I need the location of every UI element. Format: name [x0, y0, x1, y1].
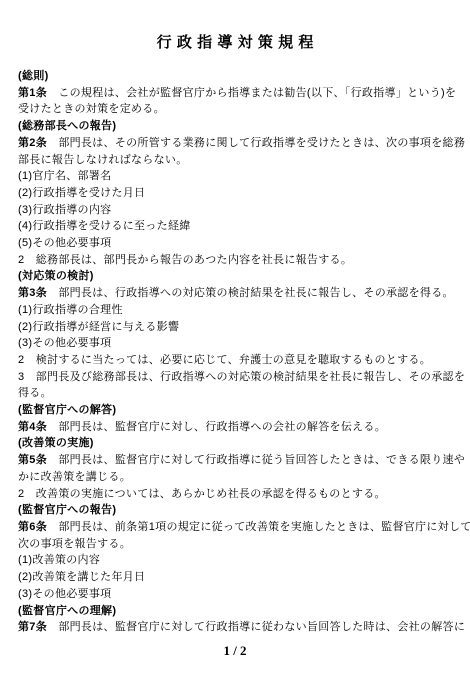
section-heading: (総則)	[18, 68, 452, 85]
article-line: 第4条 部門長は、監督官庁に対し、行政指導への会社の解答を伝える。	[18, 419, 452, 436]
text-line: 次の事項を報告する。	[18, 536, 452, 553]
list-item: (1)行政指導の合理性	[18, 302, 452, 319]
article-line: 第7条 部門長は、監督官庁に対して行政指導に従わない旨回答した時は、会社の解答に	[18, 619, 452, 636]
section-heading: (総務部長への報告)	[18, 118, 452, 135]
list-item: (1)改善策の内容	[18, 552, 452, 569]
article-line: 第2条 部門長は、その所管する業務に関して行政指導を受けたときは、次の事項を総務	[18, 135, 452, 152]
list-item: (3)その他必要事項	[18, 586, 452, 603]
list-item: (3)その他必要事項	[18, 335, 452, 352]
paragraph-line: 2 総務部長は、部門長から報告のあつた内容を社長に報告する。	[18, 252, 452, 269]
section-heading: (対応策の検討)	[18, 268, 452, 285]
list-item: (4)行政指導を受けるに至った経緯	[18, 218, 452, 235]
paragraph-line: 3 部門長及び総務部長は、行政指導への対応策の検討結果を社長に報告し、その承認を	[18, 369, 452, 386]
paragraph-line: 2 改善策の実施については、あらかじめ社長の承認を得るものとする。	[18, 486, 452, 503]
document-page: 行政指導対策規程 (総則)第1条 この規程は、会社が監督官庁から指導または勧告(…	[0, 0, 470, 682]
article-number: 第4条	[18, 421, 47, 433]
text-line: かに改善策を講じる。	[18, 469, 452, 486]
list-item: (3)行政指導の内容	[18, 202, 452, 219]
section-heading: (監督官庁への報告)	[18, 502, 452, 519]
article-line: 第3条 部門長は、行政指導への対応策の検討結果を社長に報告し、その承認を得る。	[18, 285, 452, 302]
list-item: (5)その他必要事項	[18, 235, 452, 252]
paragraph-line: 2 検討するに当たっては、必要に応じて、弁護士の意見を聴取するものとする。	[18, 352, 452, 369]
article-number: 第1条	[18, 87, 47, 99]
page-number: 1 / 2	[0, 643, 470, 659]
list-item: (2)改善策を講じた年月日	[18, 569, 452, 586]
document-title: 行政指導対策規程	[0, 0, 470, 51]
article-line: 第6条 部門長は、前条第1項の規定に従って改善策を実施したときは、監督官庁に対し…	[18, 519, 452, 536]
section-heading: (監督官庁への理解)	[18, 603, 452, 620]
document-body: (総則)第1条 この規程は、会社が監督官庁から指導または勧告(以下、「行政指導」…	[0, 68, 470, 636]
section-heading: (監督官庁への解答)	[18, 402, 452, 419]
text-line: 受けたときの対策を定める。	[18, 101, 452, 118]
article-number: 第2条	[18, 137, 47, 149]
article-number: 第3条	[18, 287, 47, 299]
article-number: 第5条	[18, 454, 47, 466]
article-line: 第1条 この規程は、会社が監督官庁から指導または勧告(以下、「行政指導」という)…	[18, 85, 452, 102]
text-line: 部長に報告しなければならない。	[18, 152, 452, 169]
list-item: (2)行政指導が経営に与える影響	[18, 319, 452, 336]
article-number: 第7条	[18, 621, 47, 633]
section-heading: (改善策の実施)	[18, 435, 452, 452]
list-item: (2)行政指導を受けた月日	[18, 185, 452, 202]
list-item: (1)官庁名、部署名	[18, 168, 452, 185]
article-line: 第5条 部門長は、監督官庁に対して行政指導に従う旨回答したときは、できる限り速や	[18, 452, 452, 469]
text-line: 得る。	[18, 385, 452, 402]
article-number: 第6条	[18, 521, 47, 533]
